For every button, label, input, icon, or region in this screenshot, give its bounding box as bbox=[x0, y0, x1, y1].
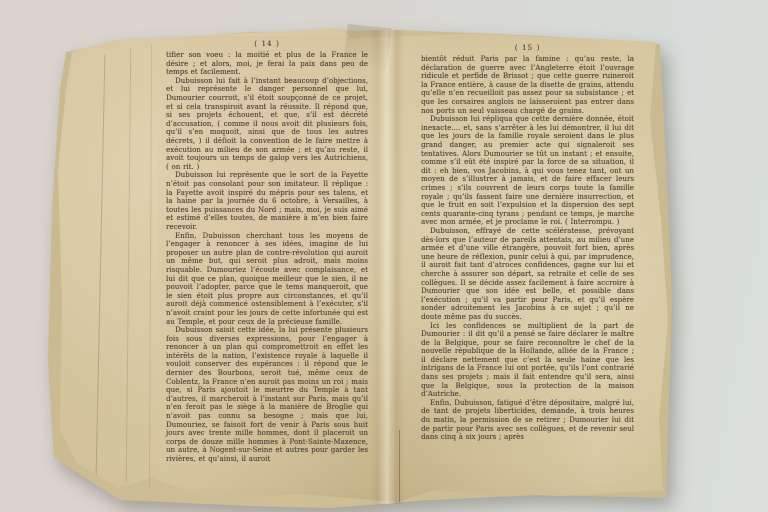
bottom-fold-crease bbox=[399, 430, 400, 502]
page-15: ( 15 ) bientôt réduit Paris par la famin… bbox=[421, 44, 634, 442]
paper-stack: ( 14 ) tifier son voeu : la moitié et pl… bbox=[0, 0, 768, 512]
paragraph: Dubuisson saisit cette idée, la lui prés… bbox=[166, 326, 368, 464]
paragraph: Dubuisson lui fait à l’instant beaucoup … bbox=[166, 77, 368, 172]
paragraph: Dubuisson lui représente que le sort de … bbox=[166, 171, 368, 231]
paragraph: Dubuisson, effrayé de cette scélératesse… bbox=[421, 227, 634, 322]
paragraph: bientôt réduit Paris par la famine : qu’… bbox=[421, 55, 634, 115]
paragraph: Ici les confidences se multiplient de la… bbox=[421, 322, 634, 399]
paragraph: Dubuisson lui répliqua que cette dernièr… bbox=[421, 115, 634, 227]
page-number-left: ( 14 ) bbox=[166, 40, 368, 49]
page-14: ( 14 ) tifier son voeu : la moitié et pl… bbox=[166, 40, 368, 464]
paragraph: Enfin, Dubuisson cherchant tous les moye… bbox=[166, 232, 368, 327]
paragraph: tifier son voeu : la moitié et plus de l… bbox=[166, 51, 368, 77]
paragraph: Enfin, Dubuisson, fatigué d’être déposit… bbox=[421, 399, 634, 442]
page-number-right: ( 15 ) bbox=[421, 44, 634, 53]
